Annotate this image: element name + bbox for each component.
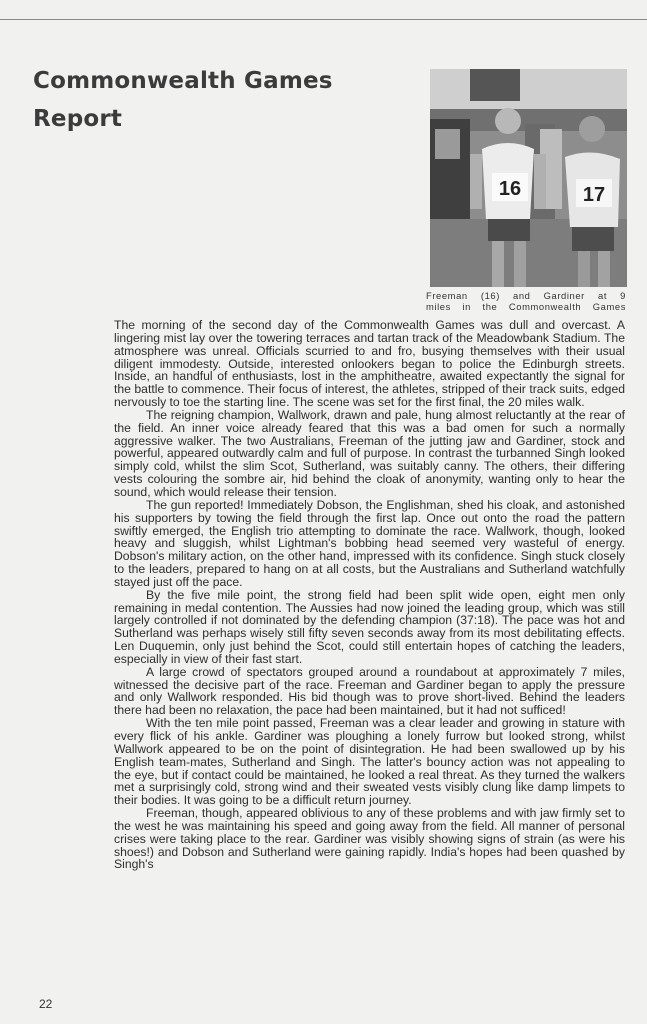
caption-line-1: Freeman (16) and Gardiner at 9 xyxy=(426,291,626,302)
article-paragraph: Freeman, though, appeared oblivious to a… xyxy=(114,807,625,871)
bib-number-left: 16 xyxy=(499,178,521,200)
article-body: The morning of the second day of the Com… xyxy=(114,319,625,871)
page-number: 22 xyxy=(39,997,52,1011)
photo-caption: Freeman (16) and Gardiner at 9 miles in … xyxy=(426,291,626,312)
caption-line-2: miles in the Commonwealth Games xyxy=(426,302,626,313)
bib-number-right: 17 xyxy=(583,184,605,206)
article-paragraph: With the ten mile point passed, Freeman … xyxy=(114,717,625,807)
title-line-1: Commonwealth Games xyxy=(33,62,333,100)
page-title: Commonwealth Games Report xyxy=(33,62,333,138)
race-walkers-photo: 16 17 xyxy=(430,69,627,287)
title-line-2: Report xyxy=(33,100,333,138)
article-paragraph: A large crowd of spectators grouped arou… xyxy=(114,666,625,717)
page-top-rule xyxy=(0,19,647,20)
article-paragraph: By the five mile point, the strong field… xyxy=(114,589,625,666)
article-paragraph: The gun reported! Immediately Dobson, th… xyxy=(114,499,625,589)
article-paragraph: The morning of the second day of the Com… xyxy=(114,319,625,409)
article-paragraph: The reigning champion, Wallwork, drawn a… xyxy=(114,409,625,499)
